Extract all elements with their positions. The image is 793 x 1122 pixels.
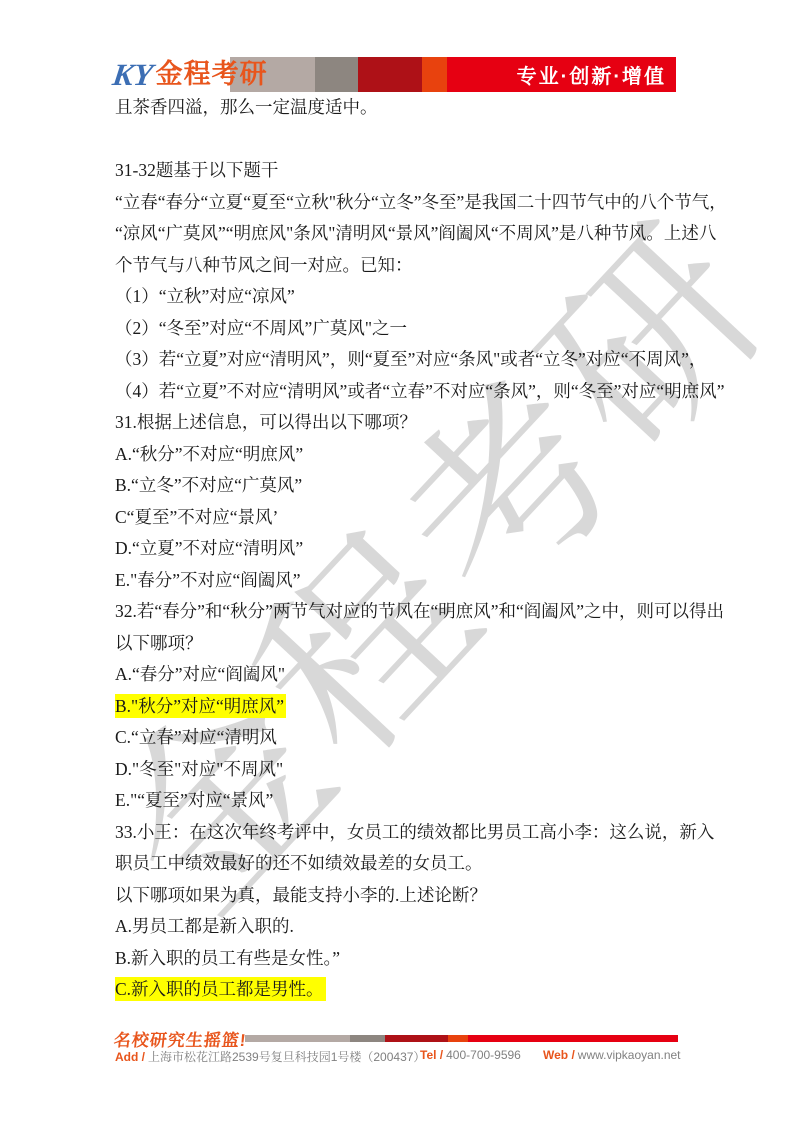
text-line: C“夏至”不对应“景风’ [115, 502, 685, 534]
highlighted-line: B."秋分”对应“明庶风” [115, 691, 685, 723]
text-line: E."春分”不对应“阎阖风” [115, 565, 685, 597]
footer-bar-segment-gray [350, 1035, 385, 1042]
text-line: B.“立冬”不对应“广莫风” [115, 470, 685, 502]
footer-web: Web /www.vipkaoyan.net [543, 1048, 681, 1062]
text-line: （3）若“立夏”对应“清明风”，则“夏至”对应“条风"或者“立冬”对应“不周风”… [115, 344, 685, 376]
footer-address-label: Add / [115, 1050, 145, 1064]
footer-tel: Tel /400-700-9596 [420, 1048, 521, 1062]
footer-web-link[interactable]: www.vipkaoyan.net [578, 1048, 681, 1062]
text-line: 33.小王：在这次年终考评中，女员工的绩效都比男员工高小李：这么说，新入 [115, 817, 685, 849]
footer-bar-segment-red [468, 1035, 678, 1042]
document-body: 且茶香四溢，那么一定温度适中。31-32题基于以下题干“立春“春分“立夏“夏至“… [115, 92, 685, 1006]
text-line: 个节气与八种节风之间一对应。已知： [115, 250, 685, 282]
brand-name: 金程考研 [156, 61, 268, 88]
text-line: “凉风“广莫风”“明庶风"条风"清明风“景风”阎阖风“不周风”是八种节风。上述八 [115, 218, 685, 250]
text-line: E."“夏至”对应“景风” [115, 785, 685, 817]
text-line: 以下哪项如果为真，最能支持小李的.上述论断？ [115, 880, 685, 912]
header-bar-segment-darkred [358, 57, 422, 92]
text-line: （4）若“立夏”不对应“清明风”或者“立春”不对应“条风”，则“冬至”对应“明庶… [115, 376, 685, 408]
footer-tel-label: Tel / [420, 1048, 443, 1062]
text-line: 32.若“春分”和“秋分”两节气对应的节风在“明庶风”和“阎阖风”之中，则可以得… [115, 596, 685, 628]
text-line: C.“立春”对应“清明风 [115, 722, 685, 754]
text-line: A.“秋分”不对应“明庶风” [115, 439, 685, 471]
text-line: D."冬至"对应"不周风" [115, 754, 685, 786]
text-line: 职员工中绩效最好的还不如绩效最差的女员工。 [115, 848, 685, 880]
footer-bar-segment-darkred [385, 1035, 448, 1042]
footer-tagline: 名校研究生摇篮! [113, 1026, 248, 1051]
text-line: B.新入职的员工有些是女性。” [115, 943, 685, 975]
ky-monogram-icon: KY [111, 59, 155, 90]
text-line: 以下哪项？ [115, 628, 685, 660]
text-line: （2）“冬至”对应“不周风”广莫风"之一 [115, 313, 685, 345]
text-line: D.“立夏”不对应“清明风” [115, 533, 685, 565]
text-line: A.“春分”对应“阎阖风" [115, 659, 685, 691]
text-line: 且茶香四溢，那么一定温度适中。 [115, 92, 685, 124]
footer-bar-segment-orange [448, 1035, 468, 1042]
text-line: 31.根据上述信息，可以得出以下哪项？ [115, 407, 685, 439]
header-bar-segment-orange [422, 57, 447, 92]
header-slogan: 专业·创新·增值 [517, 60, 666, 89]
header-slogan-bar: 专业·创新·增值 [447, 57, 676, 92]
text-line: A.男员工都是新入职的. [115, 911, 685, 943]
text-line: 31-32题基于以下题干 [115, 155, 685, 187]
text-line [115, 124, 685, 156]
header-bar-segment-gray [315, 57, 358, 92]
footer-address-value: 上海市松花江路2539号复旦科技园1号楼（200437） [148, 1050, 425, 1064]
text-line: “立春“春分“立夏“夏至“立秋"秋分“立冬”冬至”是我国二十四节气中的八个节气， [115, 187, 685, 219]
highlighted-line: C.新入职的员工都是男性。 [115, 974, 685, 1006]
footer-web-label: Web / [543, 1048, 575, 1062]
footer-bar-segment-gray-light [245, 1035, 350, 1042]
brand-logo: KY 金程考研 [113, 54, 268, 94]
page: KY 金程考研 专业·创新·增值 金程考研 且茶香四溢，那么一定温度适中。31-… [0, 0, 793, 1122]
footer-tel-value: 400-700-9596 [446, 1048, 521, 1062]
text-line: （1）“立秋”对应“凉风” [115, 281, 685, 313]
